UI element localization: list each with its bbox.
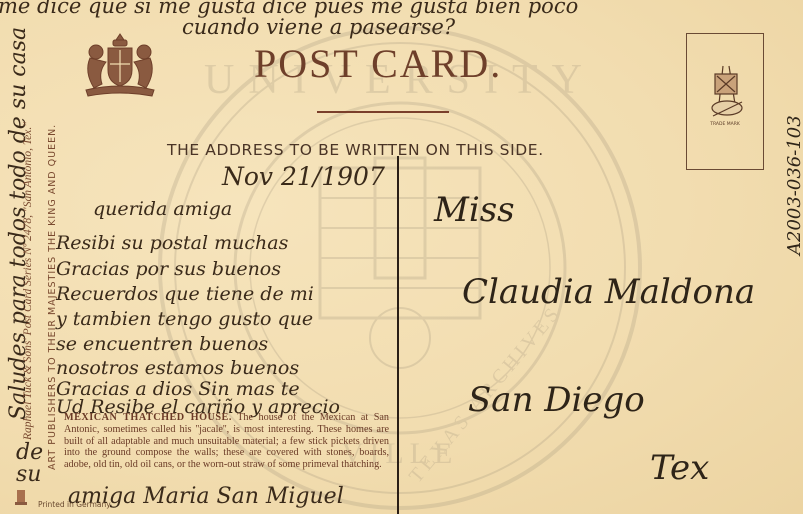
printed-in-germany: Printed in Germany [38, 500, 111, 509]
letter-line: se encuentren buenos [56, 333, 268, 355]
printed-caption: MEXICAN THATCHED HOUSE. The house of the… [64, 412, 389, 471]
headline-rule [317, 111, 449, 113]
letter-line: nosotros estamos buenos [56, 357, 299, 379]
letter-line: Resibi su postal muchas [56, 232, 288, 254]
trade-mark-label: TRADE MARK [687, 122, 763, 127]
address-line-2: Claudia Maldona [462, 272, 755, 312]
center-divider-line [397, 156, 399, 514]
royal-warrant-line: ART PUBLISHERS TO THEIR MAJESTIES THE KI… [47, 124, 58, 470]
address-line-3: San Diego [468, 380, 645, 420]
royal-coat-of-arms-icon [80, 30, 160, 100]
letter-line: Recuerdos que tiene de mi [56, 283, 314, 305]
small-tuck-logo-icon [14, 488, 28, 506]
address-line-4: Tex [650, 448, 709, 488]
handwritten-top-line-2: cuando viene a pasearse? [182, 15, 455, 39]
post-card-headline: POST CARD. [254, 40, 502, 87]
stamp-box: TRADE MARK [686, 33, 764, 170]
archive-number: A2003-036-103 [784, 115, 803, 255]
postcard: UNIVERSITY VILLE TEXAS ARCHIVES me dice … [0, 0, 803, 514]
address-line-1: Miss [434, 190, 515, 230]
margin-closing-su: su [16, 462, 41, 487]
address-instruction: THE ADDRESS TO BE WRITTEN ON THIS SIDE. [167, 141, 544, 159]
letter-line: y tambien tengo gusto que [56, 308, 313, 330]
letter-line: Gracias por sus buenos [56, 258, 281, 280]
letter-line: querida amiga [93, 198, 232, 220]
caption-title: MEXICAN THATCHED HOUSE. [64, 412, 232, 423]
publisher-line: Raphael Tuck & Sons' Post Card Series Nº… [22, 122, 34, 440]
handwritten-date: Nov 21/1907 [222, 162, 385, 191]
easel-palette-trademark-icon [709, 64, 745, 122]
